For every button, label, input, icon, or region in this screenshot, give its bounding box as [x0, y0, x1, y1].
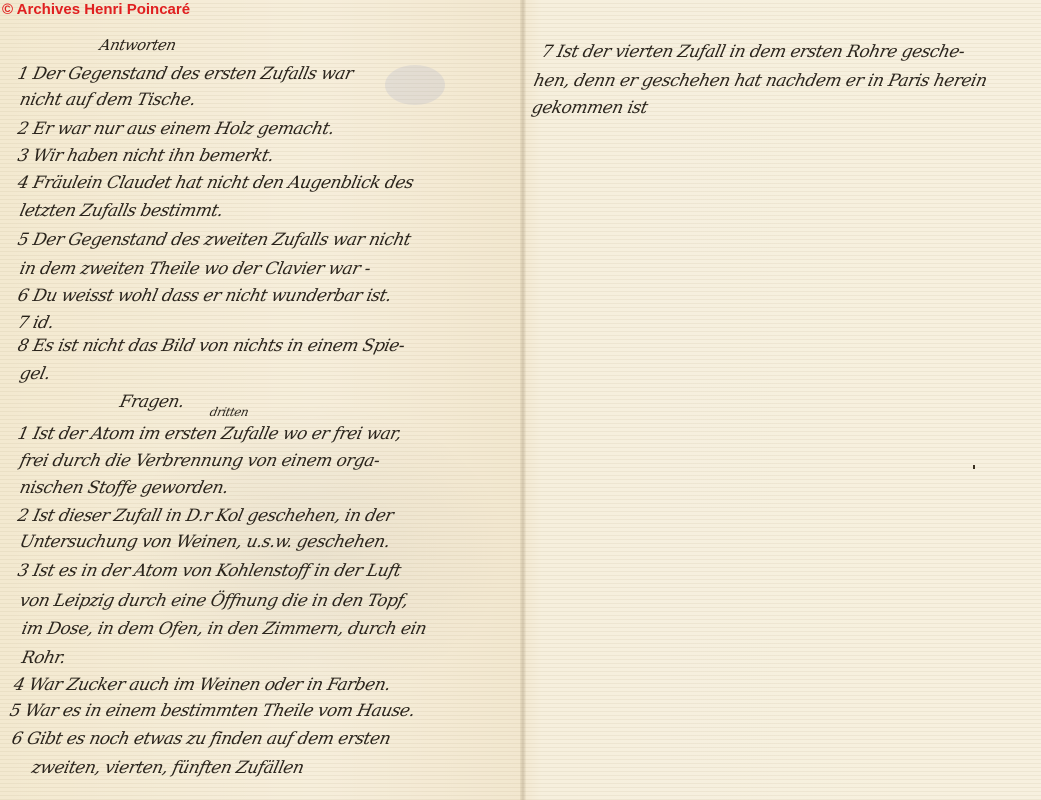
manuscript-line: im Dose, in dem Ofen, in den Zimmern, du…: [20, 619, 428, 639]
section-heading-questions: Fragen.: [118, 392, 186, 412]
manuscript-line: 4 Fräulein Claudet hat nicht den Augenbl…: [16, 173, 415, 193]
copyright-watermark: © Archives Henri Poincaré: [2, 1, 190, 18]
manuscript-line: hen, denn er geschehen hat nachdem er in…: [532, 71, 989, 91]
manuscript-line: frei durch die Verbrennung von einem org…: [18, 451, 382, 471]
manuscript-line: gel.: [18, 364, 52, 384]
manuscript-line: 7 id.: [16, 313, 56, 333]
manuscript-line: gekommen ist: [530, 98, 649, 118]
interlinear-insertion: dritten: [209, 405, 250, 419]
manuscript-line: 6 Gibt es noch etwas zu finden auf dem e…: [10, 729, 392, 749]
manuscript-sheet: Antworten 1 Der Gegenstand des ersten Zu…: [0, 0, 1041, 800]
manuscript-line: 5 War es in einem bestimmten Theile vom …: [8, 701, 417, 721]
manuscript-line: Rohr.: [20, 648, 67, 668]
manuscript-line: in dem zweiten Theile wo der Clavier war…: [18, 259, 372, 279]
manuscript-line: 4 War Zucker auch im Weinen oder in Farb…: [12, 675, 392, 695]
manuscript-line: 8 Es ist nicht das Bild von nichts in ei…: [16, 336, 406, 356]
ink-speck: [973, 465, 975, 469]
right-page: 7 Ist der vierten Zufall in dem ersten R…: [524, 0, 1041, 800]
manuscript-line: 6 Du weisst wohl dass er nicht wunderbar…: [16, 286, 393, 306]
manuscript-line: 2 Ist dieser Zufall in D.r Kol geschehen…: [16, 506, 395, 526]
manuscript-line: von Leipzig durch eine Öffnung die in de…: [18, 591, 410, 611]
manuscript-line: 3 Ist es in der Atom von Kohlenstoff in …: [16, 561, 403, 581]
manuscript-line: zweiten, vierten, fünften Zufällen: [30, 758, 306, 778]
manuscript-line: 5 Der Gegenstand des zweiten Zufalls war…: [16, 230, 413, 250]
manuscript-line: 2 Er war nur aus einem Holz gemacht.: [16, 119, 336, 139]
manuscript-line: letzten Zufalls bestimmt.: [18, 201, 225, 221]
manuscript-line: nischen Stoffe geworden.: [18, 478, 230, 498]
manuscript-line: 1 Ist der Atom im ersten Zufalle wo er f…: [16, 424, 403, 444]
manuscript-line: Untersuchung von Weinen, u.s.w. geschehe…: [18, 532, 392, 552]
manuscript-line: 7 Ist der vierten Zufall in dem ersten R…: [540, 42, 966, 62]
manuscript-line: nicht auf dem Tische.: [18, 90, 198, 110]
manuscript-line: 3 Wir haben nicht ihn bemerkt.: [16, 146, 276, 166]
section-heading-answers: Antworten: [98, 36, 177, 54]
manuscript-line: 1 Der Gegenstand des ersten Zufalls war: [16, 64, 355, 84]
left-page: Antworten 1 Der Gegenstand des ersten Zu…: [0, 0, 522, 800]
